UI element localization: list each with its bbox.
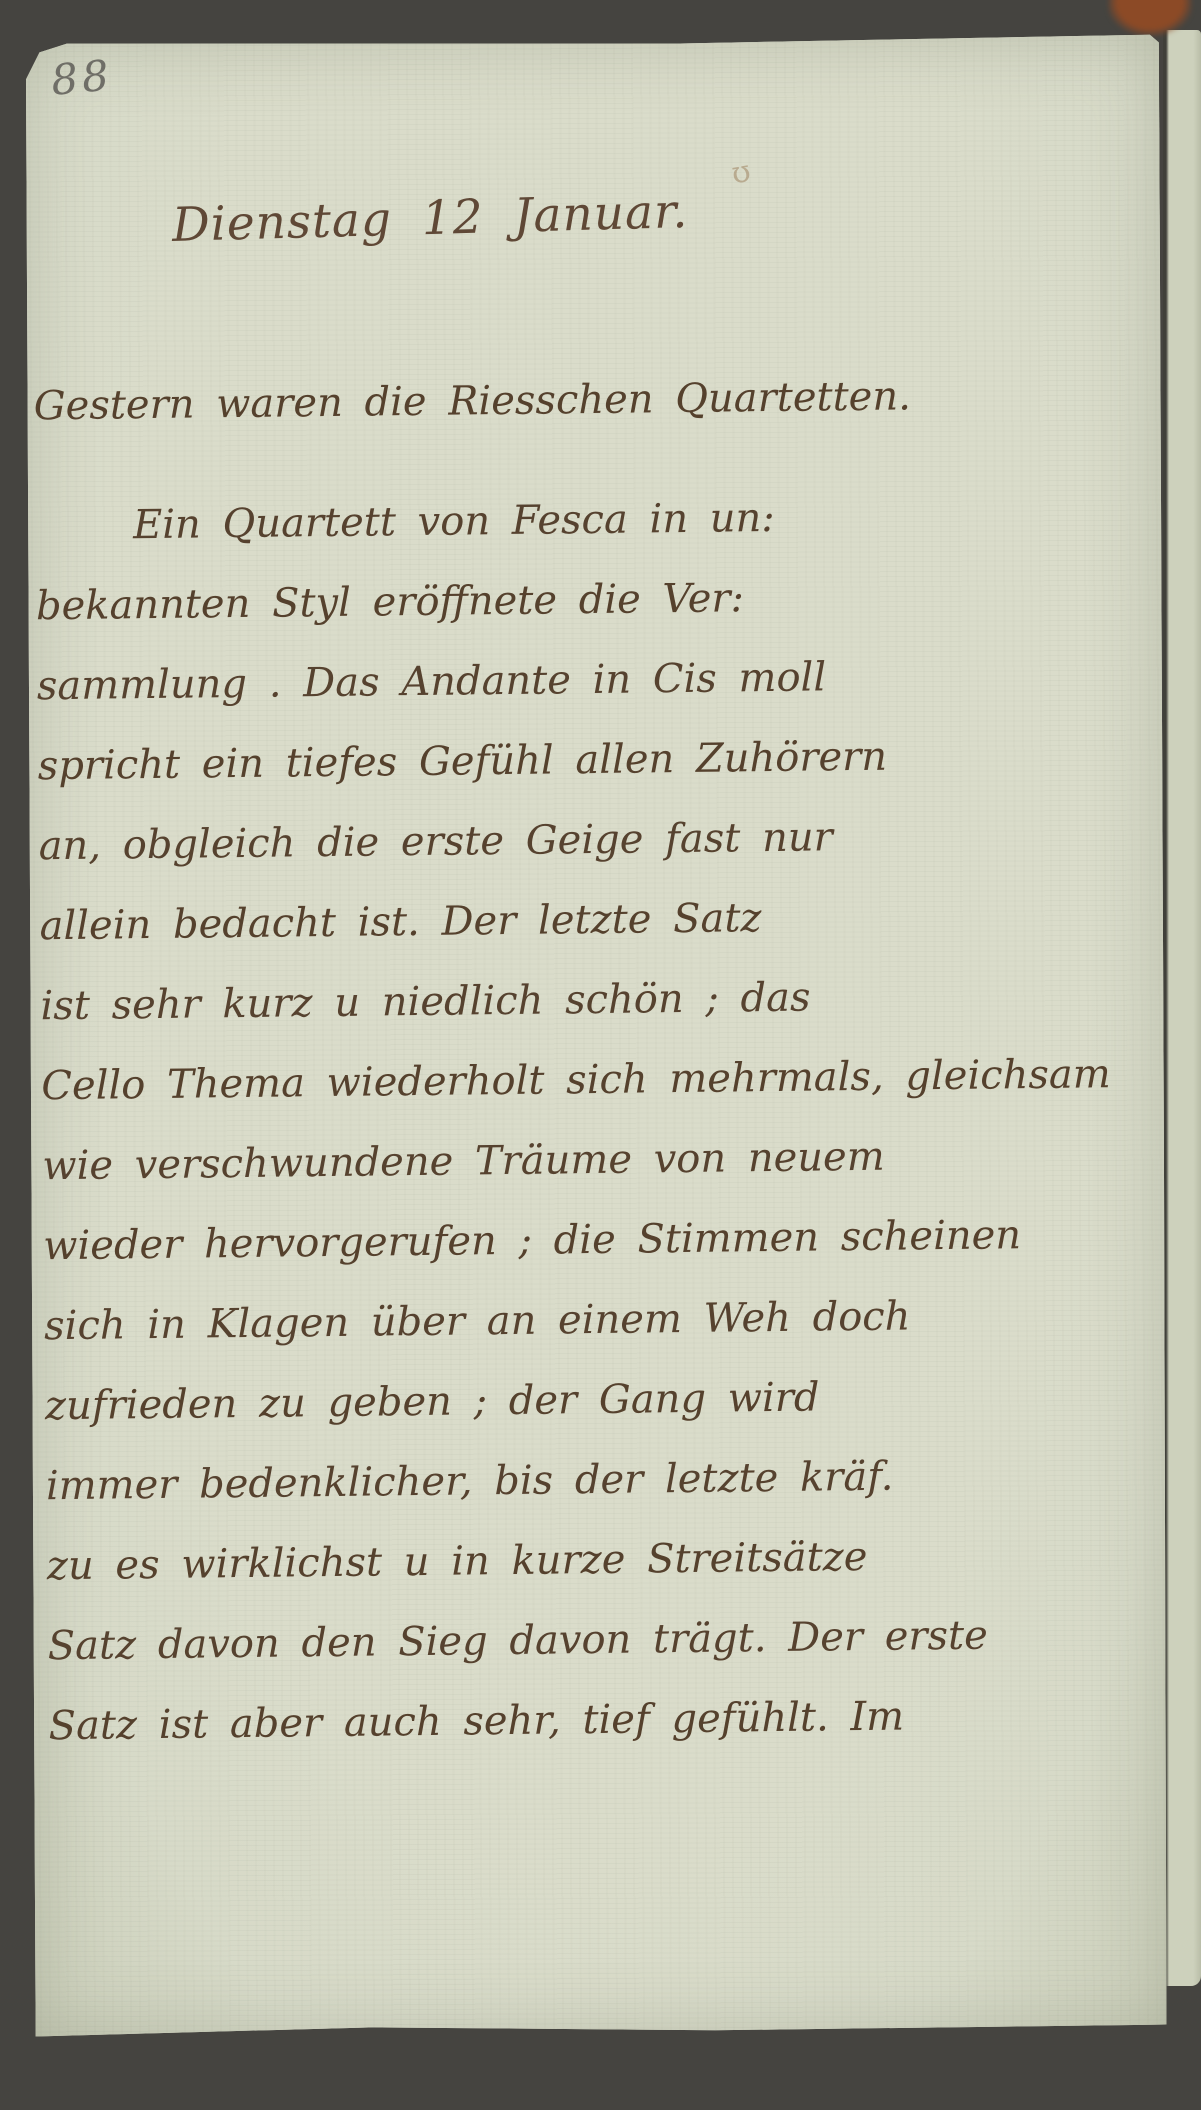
diary-date-heading: Dienstag 12 Januar. [171, 184, 689, 253]
manuscript-line: sich in Klagen über an einem Weh doch [44, 1274, 1149, 1367]
manuscript-line: an, obgleich die erste Geige fast nur [38, 794, 1143, 887]
manuscript-line: Cello Thema wiederholt sich mehrmals, gl… [41, 1034, 1146, 1127]
manuscript-page: 88 Dienstag 12 Januar. ʊ Gestern waren d… [19, 35, 1171, 2040]
manuscript-line: bekannten Styl eröffnete die Ver: [36, 554, 1141, 647]
manuscript-line: zu es wirklichst u in kurze Streitsätze [46, 1514, 1151, 1607]
manuscript-line: wie verschwundene Träume von neuem [42, 1114, 1147, 1207]
scan-backdrop: { "page": { "page_number": "88", "headin… [0, 0, 1201, 2110]
ink-flourish-mark: ʊ [729, 154, 754, 192]
pencil-page-number: 88 [49, 50, 115, 105]
manuscript-line: Satz ist aber auch sehr, tief gefühlt. I… [48, 1674, 1153, 1767]
manuscript-line: allein bedacht ist. Der letzte Satz [39, 874, 1144, 967]
manuscript-line: Ein Quartett von Fesca in un: [35, 474, 1140, 567]
manuscript-line: ist sehr kurz u niedlich schön ; das [40, 954, 1145, 1047]
manuscript-line: wieder hervorgerufen ; die Stimmen schei… [43, 1194, 1148, 1287]
manuscript-line: zufrieden zu geben ; der Gang wird [45, 1354, 1150, 1447]
manuscript-line: sammlung . Das Andante in Cis moll [36, 634, 1141, 727]
spine-fragment [1108, 0, 1192, 36]
manuscript-body: Gestern waren die Riesschen Quartetten. … [33, 354, 1153, 1766]
manuscript-line: spricht ein tiefes Gefühl allen Zuhörern [37, 714, 1142, 807]
manuscript-line: Gestern waren die Riesschen Quartetten. [33, 354, 1138, 447]
next-page-fore-edge [1163, 30, 1201, 1986]
manuscript-line: Satz davon den Sieg davon trägt. Der ers… [47, 1594, 1152, 1687]
manuscript-line: immer bedenklicher, bis der letzte kräf. [45, 1434, 1150, 1527]
